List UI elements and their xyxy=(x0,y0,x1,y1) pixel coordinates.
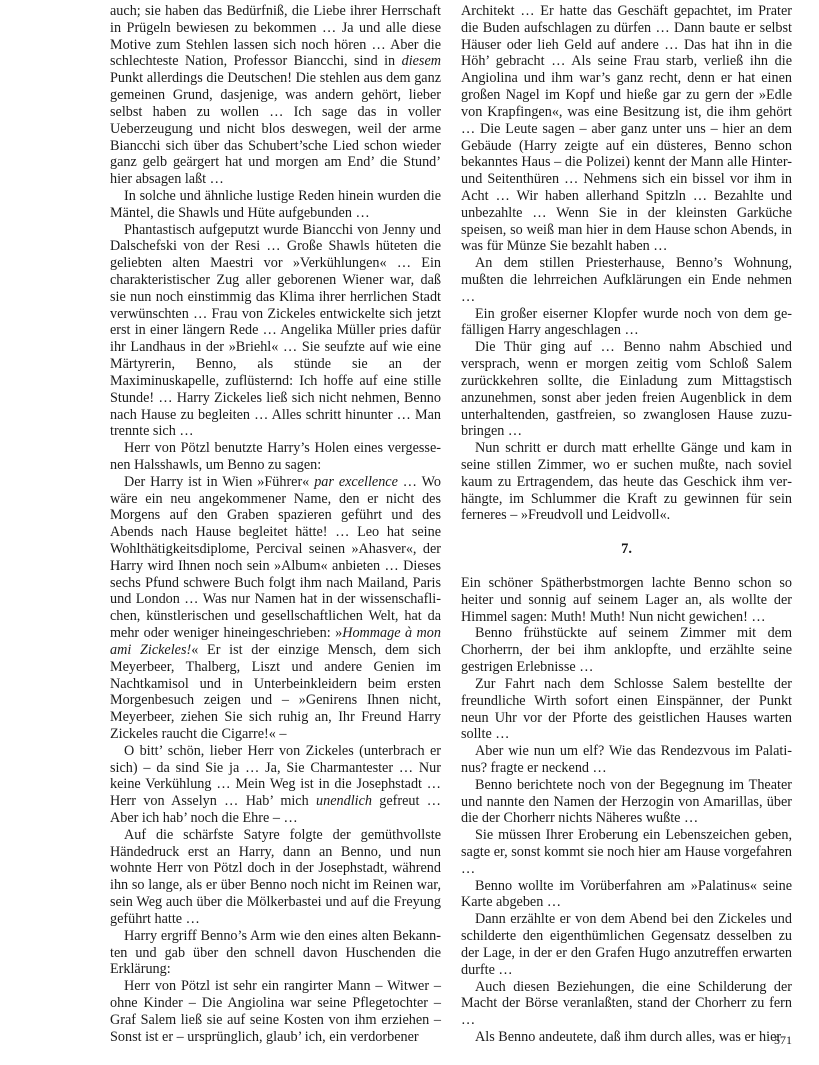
italic-text: diesem xyxy=(402,53,441,69)
text-run: Der Harry ist in Wien »Führer« xyxy=(124,474,314,490)
right-text-column: Architekt … Er hatte das Geschäft gepach… xyxy=(461,3,792,1046)
text-run: Ein schöner Spätherbstmorgen lachte Benn… xyxy=(461,575,792,625)
left-text-column: auch; sie haben das Bedürfniß, die Liebe… xyxy=(110,3,441,1045)
paragraph: In solche und ähnliche lustige Reden hin… xyxy=(110,188,441,222)
paragraph: Dann erzählte er von dem Abend bei den Z… xyxy=(461,911,792,978)
paragraph: Auf die schärfste Satyre folgte der gemü… xyxy=(110,827,441,928)
chapter-heading: 7. xyxy=(461,524,792,575)
text-run: Herr von Pötzl benutzte Harry’s Holen ei… xyxy=(110,440,441,473)
text-run: Benno wollte im Vorüberfahren am »Palati… xyxy=(461,878,792,911)
paragraph: Ein schöner Spätherbstmorgen lachte Benn… xyxy=(461,575,792,625)
paragraph: Als Benno andeutete, daß ihm durch alles… xyxy=(461,1029,792,1046)
paragraph: Auch diesen Beziehungen, die eine Schild… xyxy=(461,979,792,1029)
paragraph: Ein großer eiserner Klopfer wurde noch v… xyxy=(461,306,792,340)
paragraph: O bitt’ schön, lieber Herr von Zickeles … xyxy=(110,743,441,827)
paragraph: Nun schritt er durch matt erhellte Gänge… xyxy=(461,440,792,524)
text-run: Auf die schärfste Satyre folgte der gemü… xyxy=(110,827,441,927)
text-run: Punkt allerdings die Deutschen! Die steh… xyxy=(110,70,441,187)
text-run: Aber wie nun um elf? Wie das Rendezvous … xyxy=(461,743,792,776)
paragraph: Architekt … Er hatte das Geschäft gepach… xyxy=(461,3,792,255)
paragraph: Aber wie nun um elf? Wie das Rendezvous … xyxy=(461,743,792,777)
text-run: Nun schritt er durch matt erhellte Gänge… xyxy=(461,440,792,523)
text-run: Dann erzählte er von dem Abend bei den Z… xyxy=(461,911,792,977)
text-run: In solche und ähnliche lustige Reden hin… xyxy=(110,188,441,221)
italic-text: unendlich xyxy=(316,793,372,809)
text-run: Auch diesen Beziehungen, die eine Schild… xyxy=(461,979,792,1029)
text-run: An dem stillen Priesterhause, Benno’s Wo… xyxy=(461,255,792,305)
paragraph: Benno berichtete noch von der Begegnung … xyxy=(461,777,792,827)
paragraph: Benno wollte im Vorüberfahren am »Palati… xyxy=(461,878,792,912)
text-run: Sie müssen Ihrer Eroberung ein Lebenszei… xyxy=(461,827,792,877)
text-run: Die Thür ging auf … Benno nahm Abschied … xyxy=(461,339,792,439)
text-run: Harry ergriff Benno’s Arm wie den eines … xyxy=(110,928,441,978)
paragraphs-before-heading: Architekt … Er hatte das Geschäft gepach… xyxy=(461,3,792,524)
text-run: Zur Fahrt nach dem Schlosse Salem bestel… xyxy=(461,676,792,742)
page-number: 571 xyxy=(760,1033,792,1048)
text-run: Benno berichtete noch von der Begegnung … xyxy=(461,777,792,827)
text-run: Architekt … Er hatte das Geschäft gepach… xyxy=(461,3,792,254)
paragraphs-after-heading: Ein schöner Spätherbstmorgen lachte Benn… xyxy=(461,575,792,1046)
text-run: Benno frühstückte auf seinem Zimmer mit … xyxy=(461,625,792,675)
paragraph: Die Thür ging auf … Benno nahm Abschied … xyxy=(461,339,792,440)
paragraph: Sie müssen Ihrer Eroberung ein Lebenszei… xyxy=(461,827,792,877)
paragraph: Der Harry ist in Wien »Führer« par excel… xyxy=(110,474,441,743)
paragraph: Zur Fahrt nach dem Schlosse Salem bestel… xyxy=(461,676,792,743)
paragraph: Herr von Pötzl benutzte Harry’s Holen ei… xyxy=(110,440,441,474)
paragraph: Harry ergriff Benno’s Arm wie den eines … xyxy=(110,928,441,978)
paragraph: Phantastisch aufgeputzt wurde Biancchi v… xyxy=(110,222,441,441)
italic-text: par excellence xyxy=(314,474,398,490)
text-run: Als Benno andeutete, daß ihm durch alles… xyxy=(475,1029,781,1045)
paragraph: An dem stillen Priesterhause, Benno’s Wo… xyxy=(461,255,792,305)
paragraph: auch; sie haben das Bedürfniß, die Liebe… xyxy=(110,3,441,188)
paragraph: Herr von Pötzl ist sehr ein rangirter Ma… xyxy=(110,978,441,1045)
text-run: Phantastisch aufgeputzt wurde Biancchi v… xyxy=(110,222,441,440)
paragraph: Benno frühstückte auf seinem Zimmer mit … xyxy=(461,625,792,675)
text-run: Herr von Pötzl ist sehr ein rangirter Ma… xyxy=(110,978,441,1044)
text-run: … Wo wäre ein neu angekommener Name, den… xyxy=(110,474,441,641)
text-run: auch; sie haben das Bedürfniß, die Liebe… xyxy=(110,3,441,69)
text-run: Ein großer eiserner Klopfer wurde noch v… xyxy=(461,306,792,339)
